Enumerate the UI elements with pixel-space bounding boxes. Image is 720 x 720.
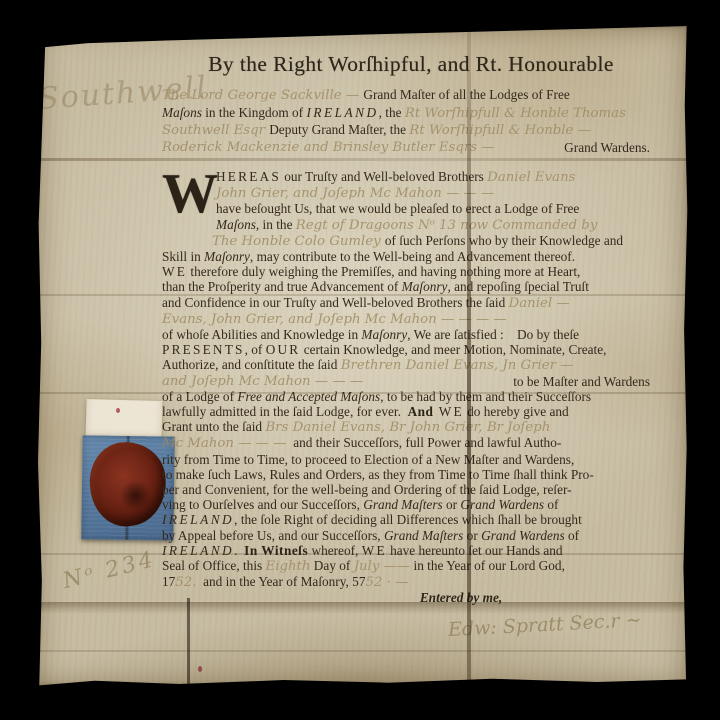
printed-text: Maſonry (402, 279, 448, 294)
document-line: Skill in Maſonry, may contribute to the … (162, 249, 650, 264)
document-line: WE therefore duly weighing the Premiſſes… (162, 264, 650, 279)
document-line: per and Convenient, for the well-being a… (162, 482, 650, 497)
handwritten-text: John Grier, and Joſeph Mc Mahon — — — (216, 186, 494, 201)
printed-text: Day of (310, 558, 353, 573)
handwritten-text: Brs Daniel Evans, Br John Grier, Br Joſe… (265, 420, 550, 435)
handwritten-text: Evans, John Grier, and Joſeph Mc Mahon —… (162, 312, 507, 327)
document-line: than the Proſperity and true Advancement… (162, 279, 650, 294)
printed-text: in the Kingdom of (202, 105, 307, 120)
printed-text: , may contribute to the Well-being and A… (250, 249, 575, 264)
document-line: Roderick Mackenzie and Brinsley Butler E… (162, 140, 650, 157)
document-line: The Lord George Sackville — Grand Maſter… (162, 87, 650, 105)
printed-text: of whoſe Abilities and Knowledge in (162, 327, 361, 342)
handwritten-text: Daniel Evans (487, 170, 575, 185)
printed-text: and in the Year of Maſonry, 57 (196, 574, 365, 589)
handwritten-text: 52 · — (365, 575, 408, 590)
printed-text: Deputy Grand Maſter, the (269, 122, 409, 137)
printed-text: of a Lodge of (162, 389, 237, 404)
document-line: of whoſe Abilities and Knowledge in Maſo… (162, 327, 650, 342)
printed-text: Maſons (162, 105, 202, 120)
photograph-background: Southwell Nᵒ 234 Edw: Spratt Sec.r ~ By … (0, 0, 720, 720)
printed-text: do hereby give and (464, 404, 569, 419)
document-line: to make ſuch Laws, Rules and Orders, as … (162, 467, 650, 482)
wax-seal-blotch (120, 478, 152, 514)
printed-text: OUR (266, 342, 301, 357)
printed-text: Free and Accepted Maſons (237, 389, 380, 404)
printed-text: lawfully admitted in the ſaid Lodge, for… (162, 404, 408, 419)
printed-text: Skill in (162, 249, 204, 264)
document-header: The Lord George Sackville — Grand Maſter… (162, 87, 650, 156)
printed-text: to make ſuch Laws, Rules and Orders, as … (162, 467, 594, 482)
printed-text: HEREAS (216, 169, 281, 184)
printed-text: WE (162, 264, 187, 279)
handwritten-text: Rt Worſhipfull & Honble — (409, 123, 591, 138)
printed-text: to be Maſter and Wardens (513, 374, 650, 389)
printed-text: 17 (162, 574, 175, 589)
handwritten-text: July —— (354, 559, 410, 574)
printed-text: IRELAND (306, 105, 378, 120)
document-line: ving to Ourſelves and our Succeſſors, Gr… (162, 497, 650, 512)
document-line: Maſons, in the Regt of Dragoons Nᵒ 13 no… (212, 217, 650, 233)
printed-text: Grand Maſters (363, 497, 442, 512)
document-line: IRELAND. In Witneſs whereof, WE have her… (162, 543, 650, 558)
printed-text: , the ſole Right of deciding all Differe… (234, 512, 582, 527)
printed-text: Grand Wardens (481, 528, 565, 543)
printed-text: and Confidence in our Truſty and Well-be… (162, 295, 509, 310)
horizontal-fold-crease (36, 650, 688, 652)
handwritten-text: Eighth (266, 559, 311, 574)
printed-text: WE (362, 543, 387, 558)
printed-text: , the (379, 105, 405, 120)
printed-text: and their Succeſſors, full Power and law… (293, 435, 561, 450)
printed-text: PRESENTS (162, 342, 245, 357)
printed-text: Maſonry (204, 249, 250, 264)
document-line: Mc Mahon — — — and their Succeſſors, ful… (162, 435, 650, 451)
document-line: Southwell Esqr Deputy Grand Maſter, the … (162, 122, 650, 140)
document-line: Evans, John Grier, and Joſeph Mc Mahon —… (162, 311, 650, 327)
handwritten-text: Brethren Daniel Evans, Jn Grier — (341, 358, 574, 373)
document-line: Entered by me, (162, 590, 650, 605)
printed-text: Maſons (216, 217, 256, 232)
document-line: have beſought Us, that we would be pleaſ… (162, 201, 650, 216)
printed-text: have hereunto ſet our Hands and (387, 543, 563, 558)
printed-text: or (463, 528, 481, 543)
printed-text: Grant unto the ſaid (162, 419, 265, 434)
printed-text: WE (433, 404, 463, 419)
handwritten-text: and Joſeph Mc Mahon — — — (162, 374, 363, 389)
document-text-column: By the Right Worſhipful, and Rt. Honoura… (162, 50, 650, 606)
printed-text: . (234, 543, 244, 558)
document-line: and Joſeph Mc Mahon — — —to be Maſter an… (162, 374, 650, 389)
printed-text: by Appeal before Us, and our Succeſſors, (162, 528, 384, 543)
printed-text: In Witneſs (244, 543, 308, 558)
printed-text: IRELAND (162, 543, 234, 558)
printed-text: have beſought Us, that we would be pleaſ… (216, 201, 579, 216)
red-ink-speck (116, 408, 120, 413)
printed-text: of ſuch Perſons who by their Knowledge a… (385, 233, 623, 248)
document-line: of a Lodge of Free and Accepted Maſons, … (162, 389, 650, 404)
printed-text: , in the (256, 217, 296, 232)
warrant-number: Nᵒ 234 (60, 547, 158, 594)
printed-text: Grand Maſter of all the Lodges of Free (363, 87, 569, 102)
document-line: The Honble Colo Gumley of ſuch Perſons w… (212, 233, 650, 249)
printed-text: in the Year of our Lord God, (410, 558, 565, 573)
printed-text: of (565, 528, 579, 543)
document-line: by Appeal before Us, and our Succeſſors,… (162, 528, 650, 543)
handwritten-text: Rt Worſhipfull & Honble Thomas (405, 106, 626, 121)
handwritten-text: Mc Mahon — — — (162, 436, 293, 451)
handwritten-text: Roderick Mackenzie and Brinsley Butler E… (162, 140, 495, 157)
document-line: rity from Time to Time, to proceed to El… (162, 452, 650, 467)
red-ink-speck (198, 666, 202, 672)
printed-text: Authorize, and conſtitute the ſaid (162, 357, 341, 372)
secretary-signature: Edw: Spratt Sec.r ~ (448, 609, 643, 641)
printed-text: rity from Time to Time, to proceed to El… (162, 452, 574, 467)
document-line: PRESENTS, of OUR certain Knowledge, and … (162, 342, 650, 357)
handwritten-text: The Honble Colo Gumley (212, 234, 385, 249)
printed-text: of (544, 497, 558, 512)
printed-text: , to be had by them and their Succeſſors (380, 389, 591, 404)
printed-text: Entered by me, (420, 590, 502, 605)
printed-text: Maſonry (361, 327, 407, 342)
printed-text: , and repoſing ſpecial Truſt (447, 279, 588, 294)
document-line: HEREAS our Truſty and Well-beloved Broth… (162, 169, 650, 185)
printed-text: certain Knowledge, and meer Motion, Nomi… (300, 342, 606, 357)
printed-text: Seal of Office, this (162, 558, 266, 573)
printed-text: , We are ſatisfied : Do by theſe (407, 327, 579, 342)
document-line: Seal of Office, this Eighth Day of July … (162, 558, 650, 574)
printed-text: And (408, 404, 434, 419)
handwritten-text: Southwell Esqr (162, 123, 269, 138)
parchment-document: Southwell Nᵒ 234 Edw: Spratt Sec.r ~ By … (36, 26, 688, 686)
printed-text: ving to Ourſelves and our Succeſſors, (162, 497, 363, 512)
handwritten-text: Regt of Dragoons Nᵒ 13 now Commanded by (296, 218, 598, 233)
document-line: Grant unto the ſaid Brs Daniel Evans, Br… (162, 419, 650, 435)
document-line: Maſons in the Kingdom of IRELAND, the Rt… (162, 105, 650, 123)
document-line: lawfully admitted in the ſaid Lodge, for… (162, 404, 650, 419)
handwritten-text: 52. (175, 575, 196, 590)
vertical-fold-crease (187, 598, 190, 686)
printed-text: per and Convenient, for the well-being a… (162, 482, 572, 497)
printed-text: Grand Maſters (384, 528, 463, 543)
document-line: and Confidence in our Truſty and Well-be… (162, 295, 650, 311)
document-title: By the Right Worſhipful, and Rt. Honoura… (172, 52, 650, 77)
printed-text: Grand Wardens. (564, 140, 650, 157)
handwritten-text: Daniel — (509, 296, 570, 311)
printed-text: whereof, (308, 543, 362, 558)
document-line: 1752. and in the Year of Maſonry, 5752 ·… (162, 574, 650, 590)
printed-text: or (443, 497, 461, 512)
handwritten-text: The Lord George Sackville — (162, 88, 363, 103)
printed-text: , of (245, 342, 266, 357)
document-line: John Grier, and Joſeph Mc Mahon — — — (162, 185, 650, 201)
printed-text: Grand Wardens (460, 497, 544, 512)
document-body: W HEREAS our Truſty and Well-beloved Bro… (162, 169, 650, 606)
printed-text: IRELAND (162, 512, 234, 527)
printed-text: than the Proſperity and true Advancement… (162, 279, 402, 294)
document-line: Authorize, and conſtitute the ſaid Breth… (162, 357, 650, 373)
dropcap-letter-W: W (162, 172, 212, 222)
printed-text: our Truſty and Well-beloved Brothers (281, 169, 487, 184)
document-line: IRELAND, the ſole Right of deciding all … (162, 512, 650, 527)
printed-text: therefore duly weighing the Premiſſes, a… (187, 264, 580, 279)
